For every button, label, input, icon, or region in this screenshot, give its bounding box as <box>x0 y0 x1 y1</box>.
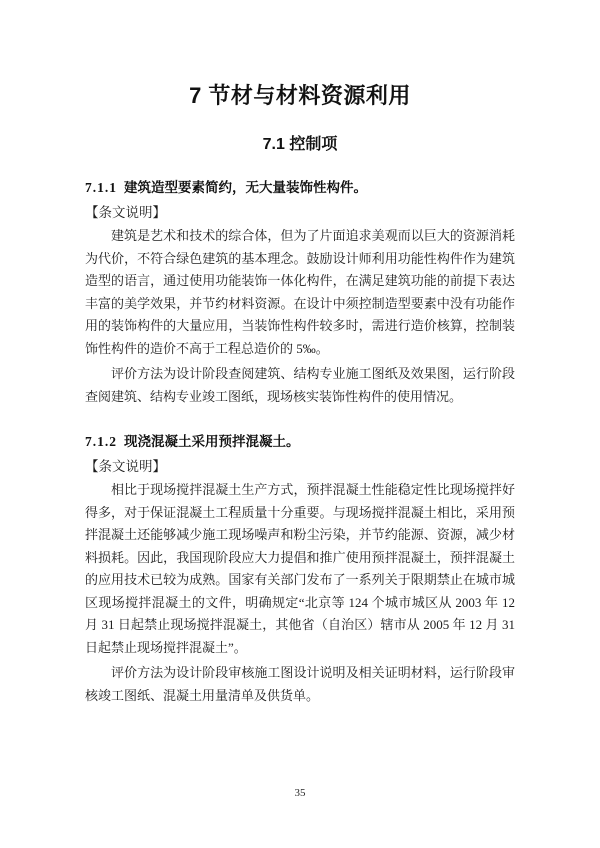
page-content: 7.1.1建筑造型要素简约，无大量装饰性构件。 【条文说明】 建筑是艺术和技术的… <box>85 178 515 707</box>
article-heading: 7.1.2现浇混凝土采用预拌混凝土。 <box>85 432 515 451</box>
article-paragraph: 相比于现场搅拌混凝土生产方式，预拌混凝土性能稳定性比现场搅拌好得多，对于保证混凝… <box>85 479 515 659</box>
article-title: 现浇混凝土采用预拌混凝土。 <box>124 434 300 449</box>
article-7-1-2: 7.1.2现浇混凝土采用预拌混凝土。 【条文说明】 相比于现场搅拌混凝土生产方式… <box>85 432 515 707</box>
chapter-title: 7 节材与材料资源利用 <box>0 0 600 108</box>
article-paragraph: 评价方法为设计阶段查阅建筑、结构专业施工图纸及效果图，运行阶段查阅建筑、结构专业… <box>85 363 515 408</box>
section-title: 7.1 控制项 <box>0 136 600 154</box>
article-number: 7.1.1 <box>85 180 117 195</box>
note-label: 【条文说明】 <box>85 457 515 476</box>
article-7-1-1: 7.1.1建筑造型要素简约，无大量装饰性构件。 【条文说明】 建筑是艺术和技术的… <box>85 178 515 408</box>
article-heading: 7.1.1建筑造型要素简约，无大量装饰性构件。 <box>85 178 515 197</box>
document-page: 7 节材与材料资源利用 7.1 控制项 7.1.1建筑造型要素简约，无大量装饰性… <box>0 0 600 848</box>
article-paragraph: 评价方法为设计阶段审核施工图设计说明及相关证明材料，运行阶段审核竣工图纸、混凝土… <box>85 662 515 707</box>
article-number: 7.1.2 <box>85 434 117 449</box>
note-label: 【条文说明】 <box>85 203 515 222</box>
page-number: 35 <box>0 787 600 799</box>
article-paragraph: 建筑是艺术和技术的综合体，但为了片面追求美观而以巨大的资源消耗为代价，不符合绿色… <box>85 225 515 360</box>
article-title: 建筑造型要素简约，无大量装饰性构件。 <box>124 180 367 195</box>
